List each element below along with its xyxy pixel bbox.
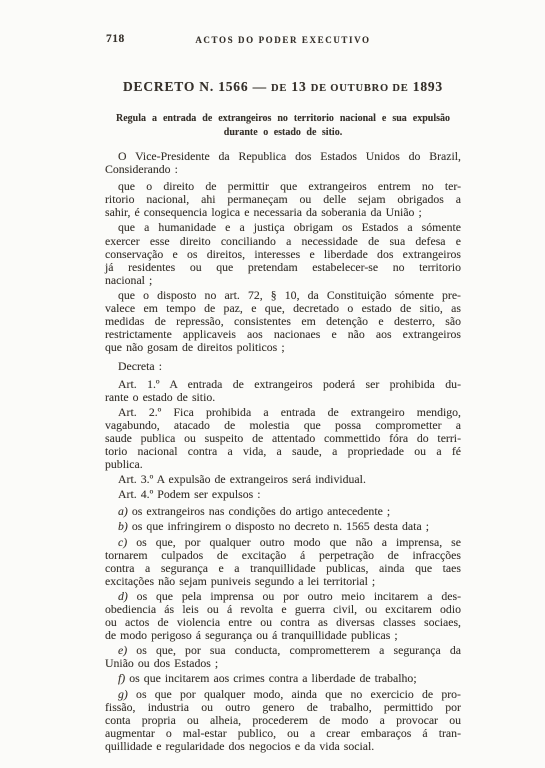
decree-title: DECRETO N. 1566 — DE 13 DE OUTUBRO DE 18… (105, 62, 461, 99)
paragraph: O Vice-Presidente da Republica dos Estad… (105, 150, 461, 176)
item-letter: e) (118, 643, 127, 657)
text-line: vagabundo, atacado de molestia que possa… (105, 419, 461, 432)
text-line: publica. (105, 458, 461, 471)
text-line: sahir, é consequencia logica e necessari… (105, 206, 461, 219)
decree-body: O Vice-Presidente da Republica dos Estad… (105, 150, 461, 753)
text-line: Art. 2.º Fica prohibida a entrada de ext… (105, 406, 461, 419)
text-line: de modo perigoso á segurança ou á tranqu… (105, 629, 461, 642)
text-line: excitações não sejam puniveis segundo a … (105, 575, 461, 588)
text-line: que não gosam de direitos politicos ; (105, 341, 461, 354)
paragraph: g) os que por qualquer modo, ainda que n… (105, 688, 461, 753)
summary-line: durante o estado de sitio. (116, 126, 450, 140)
text-line: contra a segurança e a tranquillidade pu… (105, 562, 461, 575)
item-letter: d) (118, 589, 128, 603)
text-line: f) os que incitarem aos crimes contra a … (105, 672, 461, 685)
text-line: conservação e os direitos, interesses e … (105, 248, 461, 261)
paragraph: que a humanidade e a justiça obrigam os … (105, 221, 461, 286)
text-line: Art. 1.º A entrada de extrangeiros poder… (105, 378, 461, 391)
text-line: rante o estado de sitio. (105, 391, 461, 404)
paragraph: Decreta : (105, 360, 461, 373)
text-line: saude publica ou suspeito de attentado c… (105, 432, 461, 445)
title-segment: 13 (287, 79, 310, 94)
page-number: 718 (106, 33, 125, 45)
item-letter: a) (118, 504, 128, 518)
page-header: 718 ACTOS DO PODER EXECUTIVO (105, 33, 461, 47)
text-line: augmentar o mal-estar publico, ou a crea… (105, 727, 461, 740)
text-line: tornarem culpados de excitação á perpetr… (105, 549, 461, 562)
text-line: Art. 4.º Podem ser expulsos : (105, 488, 461, 501)
text-line: b) os que infringirem o disposto no decr… (105, 520, 461, 533)
text-column: 718 ACTOS DO PODER EXECUTIVO DECRETO N. … (105, 33, 461, 753)
text-line: Considerando : (105, 163, 461, 176)
paragraph: a) os extrangeiros nas condições do arti… (105, 505, 461, 518)
text-line: c) os que, por qualquer outro modo que n… (105, 536, 461, 549)
text-line: exercer esse direito conciliando a neces… (105, 235, 461, 248)
item-letter: g) (118, 687, 128, 701)
text-line: Decreta : (105, 360, 461, 373)
paragraph: d) os que pela imprensa ou por outro mei… (105, 590, 461, 642)
text-line: Art. 3.º A expulsão de extrangeiros será… (105, 473, 461, 486)
text-line: torio nacional contra a vida, a saude, a… (105, 445, 461, 458)
text-line: União ou dos Estados ; (105, 657, 461, 670)
title-segment: DECRETO N. 1566 — (123, 79, 271, 94)
title-segment: 1893 (409, 79, 443, 94)
paragraph: Art. 1.º A entrada de extrangeiros poder… (105, 378, 461, 404)
text-line: quillidade e regularidade dos negocios e… (105, 740, 461, 753)
text-line: conta propria ou alheia, procederem de m… (105, 714, 461, 727)
summary-line: Regula a entrada de extrangeiros no terr… (116, 112, 450, 126)
text-line: já residentes ou que pretendam estabelec… (105, 261, 461, 274)
paragraph: b) os que infringirem o disposto no decr… (105, 520, 461, 533)
text-line: fissão, industria ou outro genero de tra… (105, 701, 461, 714)
paragraph: Art. 3.º A expulsão de extrangeiros será… (105, 473, 461, 486)
paragraph: f) os que incitarem aos crimes contra a … (105, 672, 461, 685)
title-segment: DE OUTUBRO DE (311, 83, 409, 94)
text-line: nacional ; (105, 274, 461, 287)
item-letter: c) (118, 535, 127, 549)
paragraph: c) os que, por qualquer outro modo que n… (105, 536, 461, 588)
paragraph: Art. 4.º Podem ser expulsos : (105, 488, 461, 501)
text-line: g) os que por qualquer modo, ainda que n… (105, 688, 461, 701)
paragraph: e) os que, por sua conducta, compromette… (105, 644, 461, 670)
paragraph: Art. 2.º Fica prohibida a entrada de ext… (105, 406, 461, 471)
item-letter: b) (118, 519, 128, 533)
scanned-document-page: 718 ACTOS DO PODER EXECUTIVO DECRETO N. … (0, 0, 545, 768)
paragraph: que o direito de permittir que extrangei… (105, 180, 461, 219)
title-segment: DE (271, 83, 287, 94)
item-letter: f) (118, 671, 125, 685)
decree-summary: Regula a entrada de extrangeiros no terr… (105, 112, 461, 140)
running-head: ACTOS DO PODER EXECUTIVO (105, 33, 461, 45)
paragraph: que o disposto no art. 72, § 10, da Cons… (105, 289, 461, 354)
text-line: que a humanidade e a justiça obrigam os … (105, 221, 461, 234)
text-line: a) os extrangeiros nas condições do arti… (105, 505, 461, 518)
